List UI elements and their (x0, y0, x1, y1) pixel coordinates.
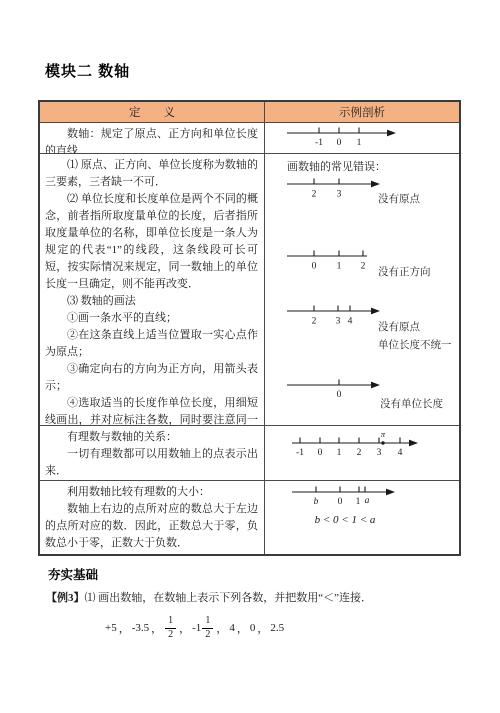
row1-definition-cell: 数轴：规定了原点、正方向和单位长度的直线． (40, 123, 265, 154)
svg-text:0: 0 (337, 390, 342, 400)
example-numbers: +5， -3.5， 12， -112， 4， 0， 2.5 (105, 616, 284, 640)
row2-definition-cell: ⑴ 原点、正方向、单位长度称为数轴的三要素，三者缺一不可． ⑵ 单位长度和长度单… (40, 154, 265, 426)
mistake2-caption: 没有正方向 (378, 266, 431, 280)
definition-table: 定 义 示例剖析 数轴：规定了原点、正方向和单位长度的直线． -1 0 1 ⑴ … (38, 100, 461, 556)
svg-text:a: a (365, 496, 370, 506)
svg-text:2: 2 (361, 262, 366, 272)
number-separator: ， (257, 620, 268, 636)
svg-text:1: 1 (357, 138, 362, 148)
definition-text: ⑵ 单位长度和长度单位是两个不同的概念，前者指所取度量单位的长度，后者指所取度量… (45, 191, 258, 293)
worksheet-page: 模块二 数轴 定 义 示例剖析 数轴：规定了原点、正方向和单位长度的直线． -1… (0, 0, 500, 713)
mixed-number-whole: -1 (192, 622, 201, 634)
number-value: 0 (250, 622, 256, 634)
svg-text:1: 1 (356, 497, 361, 507)
mistake3-caption-1: 没有原点 (378, 321, 420, 335)
svg-text:π: π (381, 431, 386, 439)
svg-text:1: 1 (337, 262, 342, 272)
number-value: +5 (105, 622, 117, 634)
definition-text: 一切有理数都可以用数轴上的点表示出来． (45, 446, 258, 480)
row2-example-cell: 画数轴的常见错误： 2 3 没有原点 0 1 2 没有正方向 (265, 154, 459, 426)
table-header-definition: 定 义 (40, 102, 265, 123)
example-3-line: 【例3】⑴ 画出数轴，在数轴上表示下列各数，并把数用“＜”连接． (46, 589, 372, 605)
definition-text: ⑴ 原点、正方向、单位长度称为数轴的三要素，三者缺一不可． (45, 157, 258, 191)
numberline-compare-diagram: b 0 1 a (287, 481, 427, 511)
mistake4-caption: 没有单位长度 (380, 398, 443, 412)
numberline-pi-diagram: π -1 0 1 2 3 4 (287, 431, 437, 469)
definition-text: 数轴：规定了原点、正方向和单位长度的直线． (45, 126, 258, 154)
fraction-one-half: 12 (202, 616, 213, 640)
example-label: 【例3】 (46, 592, 85, 604)
mistake3-caption-2: 单位长度不统一 (378, 339, 452, 353)
row1-example-cell: -1 0 1 (265, 123, 459, 154)
svg-text:-1: -1 (315, 138, 323, 148)
table-header-examples: 示例剖析 (265, 102, 459, 123)
number-separator: ， (216, 620, 227, 636)
comparison-formula: b < 0 < 1 < a (290, 514, 400, 526)
row4-example-cell: b 0 1 a b < 0 < 1 < a (265, 481, 459, 554)
number-separator: ， (179, 620, 190, 636)
row4-definition-cell: 利用数轴比较有理数的大小： 数轴上右边的点所对应的数总大于左边的点所对应的数．因… (40, 481, 265, 554)
foundation-heading: 夯实基础 (48, 565, 98, 583)
svg-text:2: 2 (312, 190, 317, 200)
number-separator: ， (237, 620, 248, 636)
svg-text:2: 2 (312, 317, 317, 327)
definition-text: 数轴上右边的点所对应的数总大于左边的点所对应的数．因此，正数总大于零，负数总小于… (45, 501, 258, 552)
number-separator: ， (119, 620, 130, 636)
number-separator: ， (151, 620, 162, 636)
definition-text: 利用数轴比较有理数的大小： (45, 484, 258, 501)
number-value: 2.5 (270, 622, 284, 634)
numberline-basic-diagram: -1 0 1 (277, 124, 407, 153)
definition-text: ④选取适当的长度作单位长度，用细短线画出，并对应标注各数，同时要注意同一数轴的单… (45, 395, 258, 426)
number-value: -3.5 (132, 622, 149, 634)
mistake1-caption: 没有原点 (378, 193, 420, 207)
svg-text:b: b (314, 497, 319, 507)
definition-text: ②在这条直线上适当位置取一实心点作为原点； (45, 327, 258, 361)
svg-text:4: 4 (398, 448, 403, 458)
svg-text:3: 3 (336, 317, 341, 327)
definition-text: 有理数与数轴的关系： (45, 429, 258, 446)
svg-text:4: 4 (348, 317, 353, 327)
svg-text:2: 2 (357, 448, 362, 458)
definition-text: ⑶ 数轴的画法 (45, 293, 258, 310)
fraction-one-half: 12 (165, 616, 176, 640)
svg-text:0: 0 (312, 262, 317, 272)
number-value: 4 (229, 622, 235, 634)
row3-definition-cell: 有理数与数轴的关系： 一切有理数都可以用数轴上的点表示出来． 注意：数轴上的点不… (40, 426, 265, 481)
svg-text:3: 3 (377, 448, 382, 458)
svg-text:0: 0 (338, 497, 343, 507)
svg-text:3: 3 (337, 190, 342, 200)
svg-text:0: 0 (337, 138, 342, 148)
svg-text:-1: -1 (296, 448, 304, 458)
svg-text:1: 1 (337, 448, 342, 458)
svg-text:0: 0 (318, 448, 323, 458)
page-title: 模块二 数轴 (45, 60, 130, 81)
numberline-no-direction-diagram: 0 1 2 (279, 244, 389, 274)
definition-text: ③确定向右的方向为正方向，用箭头表示； (45, 361, 258, 395)
definition-text: ①画一条水平的直线； (45, 310, 258, 327)
row3-example-cell: π -1 0 1 2 3 4 (265, 426, 459, 481)
pi-point (381, 441, 384, 444)
example-text: ⑴ 画出数轴，在数轴上表示下列各数，并把数用“＜”连接． (85, 592, 373, 604)
